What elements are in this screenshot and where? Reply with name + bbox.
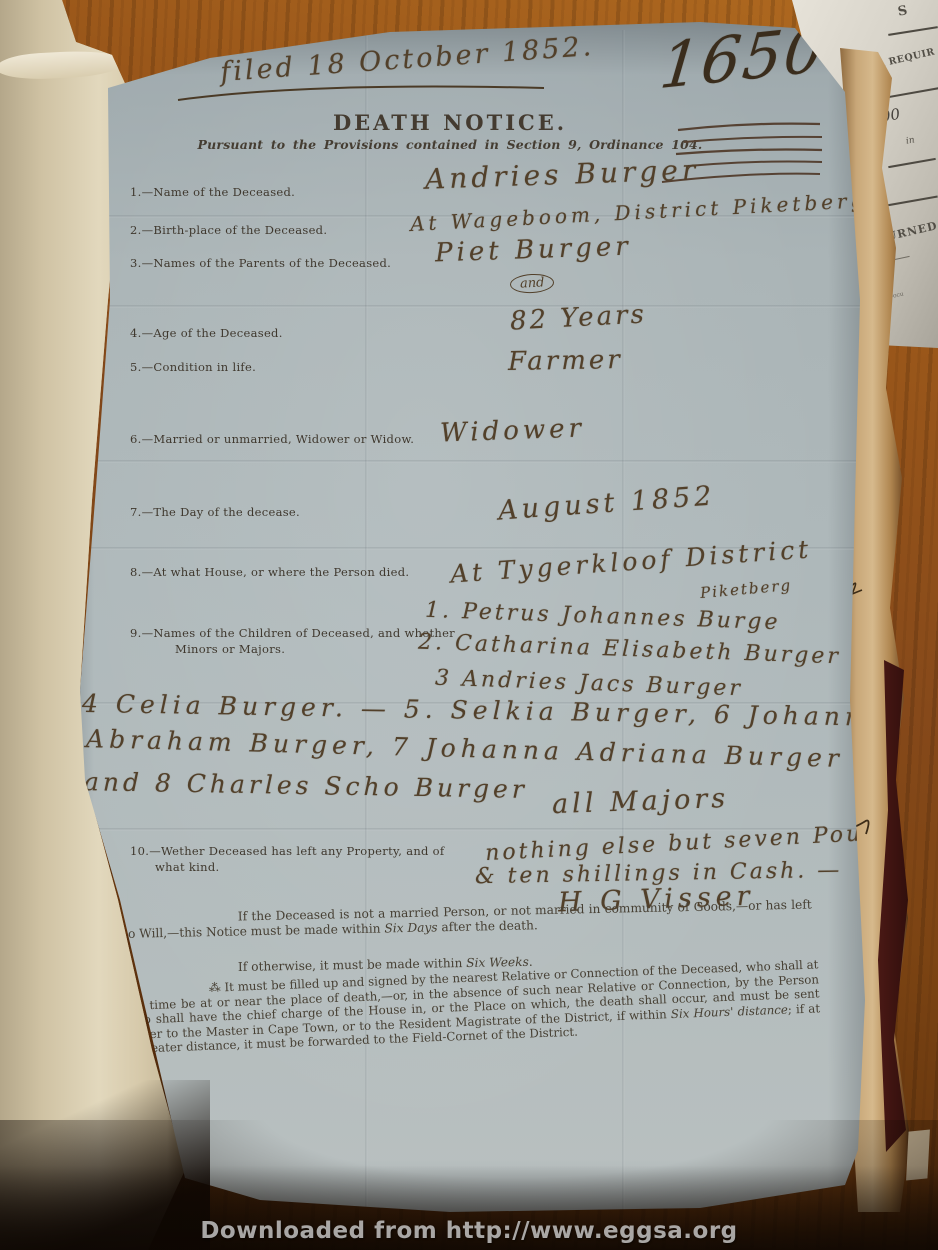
page-fold-highlight [0,49,127,82]
photo-scene: S VALIA REQUIR 1000 in RETURNED Date/Doc… [0,0,938,1250]
paper-fragment-top: S [897,3,909,19]
form-line [888,158,936,168]
field-10-label-line2: what kind. [155,860,219,874]
footer-note-1: If the Deceased is not a married Person,… [120,898,812,943]
paper-fragment-in: in [905,135,915,146]
field-9-majors-summary: all Majors [552,783,730,820]
asterism-mark: ⁂ [209,980,221,994]
field-8-answer-line2: Piketberg [699,576,792,602]
field-4-answer: 82 Years [509,299,647,336]
field-9-child-2: 2. Catharina Elisabeth Burger [418,630,842,670]
field-3-answer: Piet Burger [435,232,633,269]
field-7-answer: August 1852 [497,480,716,526]
field-7-label: 7.—The Day of the decease. [130,505,300,519]
form-line [888,26,938,36]
field-4-label: 4.—Age of the Deceased. [130,326,283,340]
field-6-answer: Widower [440,413,586,448]
watermark: Downloaded from http://www.eggsa.org [0,1218,938,1244]
field-2-answer: At Wageboom, District Piketberg [410,188,868,236]
footer-note-1-end: after the death. [437,918,537,934]
field-6-label: 6.—Married or unmarried, Widower or Wido… [130,432,414,446]
footer-note-3: ⁂ It must be filled up and signed by the… [125,957,821,1057]
field-1-label: 1.—Name of the Deceased. [130,185,295,199]
field-3-and-note: and [510,273,555,294]
field-9-label-line2: Minors or Majors. [175,642,285,656]
death-notice-page: filed 18 October 1852. 1650. DEATH NOTIC… [60,20,870,1220]
field-5-label: 5.—Condition in life. [130,360,256,374]
field-9-continuation-2: Abraham Burger, 7 Johanna Adriana Burger [86,724,844,773]
form-line [884,87,938,99]
field-8-label: 8.—At what House, or where the Person di… [130,565,409,579]
page-crease [70,305,860,308]
field-9-label: 9.—Names of the Children of Deceased, an… [130,626,455,640]
field-9-continuation-3: and 8 Charles Scho Burger [84,767,528,804]
field-2-label: 2.—Birth-place of the Deceased. [130,223,327,237]
footer-note-1-emphasis: Six Days [384,921,437,936]
field-10-label: 10.—Wether Deceased has left any Propert… [130,844,444,858]
form-line [886,196,938,207]
field-10-answer-1: nothing else but seven Pounds [485,819,913,866]
field-3-label: 3.—Names of the Parents of the Deceased. [130,256,391,270]
page-crease [70,460,860,463]
field-9-continuation-1: 4 Celia Burger. — 5. Selkia Burger, 6 Jo… [82,689,904,732]
footer-note-2-end: . [529,955,533,969]
field-9-child-1: 1. Petrus Johannes Burge [425,598,781,635]
form-title: DEATH NOTICE. [240,110,660,135]
field-5-answer: Farmer [508,345,623,377]
filed-underline [172,78,552,106]
footer-note-2-emphasis: Six Weeks [466,955,529,970]
